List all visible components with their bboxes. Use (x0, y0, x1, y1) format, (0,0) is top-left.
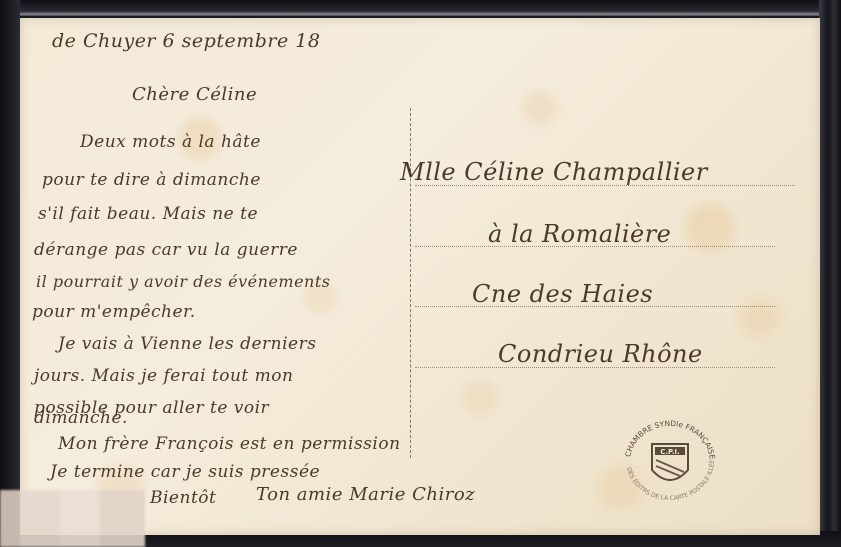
address-recipient: Mlle Céline Champallier (400, 158, 708, 186)
address-city: Condrieu Rhône (498, 340, 703, 368)
message-line: jours. Mais je ferai tout mon (34, 366, 293, 386)
signature: Ton amie Marie Chiroz (256, 484, 475, 505)
message-line: Bientôt (150, 488, 216, 508)
frame-right-edge (819, 0, 841, 547)
message-line: dimanche. (34, 408, 128, 428)
message-line: Mon frère François est en permission (58, 434, 401, 454)
message-line: Je vais à Vienne les derniers (58, 334, 316, 354)
address-commune: Cne des Haies (472, 280, 653, 308)
address-place: à la Romalière (488, 220, 671, 248)
message-line: dérange pas car vu la guerre (34, 240, 298, 260)
svg-text:C.P.I.: C.P.I. (660, 448, 680, 456)
message-line: pour te dire à dimanche (42, 170, 261, 190)
message-line: pour m'empêcher. (32, 302, 196, 322)
message-line: Deux mots à la hâte (80, 132, 261, 152)
message-line: il pourrait y avoir des événements (36, 272, 331, 291)
postcard-back: de Chuyer 6 septembre 18 Chère Céline De… (20, 18, 820, 535)
message-line: s'il fait beau. Mais ne te (38, 204, 258, 224)
frame-left-edge (0, 0, 20, 547)
date-line: de Chuyer 6 septembre 18 (52, 30, 320, 52)
publisher-crest-icon: CHAMBRE SYNDle FRANÇAISE DES ÉDITRS DE L… (620, 420, 720, 500)
message-line: Je termine car je suis pressée (50, 462, 320, 482)
salutation: Chère Céline (132, 84, 257, 105)
pixelated-watermark (0, 490, 145, 547)
frame-top-edge (0, 0, 841, 16)
